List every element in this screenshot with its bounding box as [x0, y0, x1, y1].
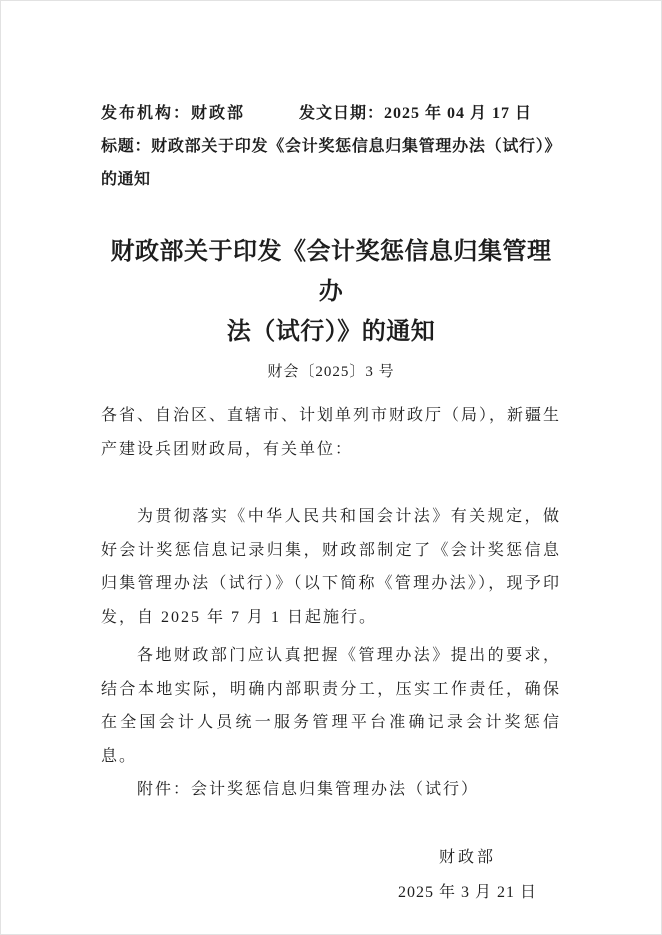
signature-organization: 财政部 — [439, 840, 496, 875]
body-paragraph-1: 为贯彻落实《中华人民共和国会计法》有关规定，做好会计奖惩信息记录归集，财政部制定… — [101, 500, 561, 634]
document-meta: 发布机构：财政部 发文日期：2025 年 04 月 17 日 标题：财政部关于印… — [101, 97, 561, 196]
document-title: 财政部关于印发《会计奖惩信息归集管理办 法（试行）》的通知 — [101, 232, 561, 352]
publish-date-field: 发文日期：2025 年 04 月 17 日 — [299, 97, 532, 130]
body-paragraph-2: 各地财政部门应认真把握《管理办法》提出的要求，结合本地实际，明确内部职责分工，压… — [101, 639, 561, 773]
meta-row: 发布机构：财政部 发文日期：2025 年 04 月 17 日 — [101, 97, 561, 130]
signature-block: 财政部 2025 年 3 月 21 日 — [398, 840, 537, 910]
document-title-line-2: 法（试行）》的通知 — [101, 312, 561, 352]
document-page: 发布机构：财政部 发文日期：2025 年 04 月 17 日 标题：财政部关于印… — [0, 0, 662, 935]
attachment-line: 附件：会计奖惩信息归集管理办法（试行） — [101, 773, 561, 807]
document-number: 财会〔2025〕3 号 — [101, 362, 561, 382]
document-body: 各省、自治区、直辖市、计划单列市财政厅（局），新疆生产建设兵团财政局，有关单位：… — [101, 399, 561, 807]
document-title-line-1: 财政部关于印发《会计奖惩信息归集管理办 — [101, 232, 561, 312]
addressee-paragraph: 各省、自治区、直辖市、计划单列市财政厅（局），新疆生产建设兵团财政局，有关单位： — [101, 399, 561, 466]
document-content: 发布机构：财政部 发文日期：2025 年 04 月 17 日 标题：财政部关于印… — [1, 1, 661, 934]
meta-title-field: 标题：财政部关于印发《会计奖惩信息归集管理办法（试行）》的通知 — [101, 130, 561, 196]
publisher-field: 发布机构：财政部 — [101, 97, 245, 130]
signature-date: 2025 年 3 月 21 日 — [398, 875, 537, 910]
